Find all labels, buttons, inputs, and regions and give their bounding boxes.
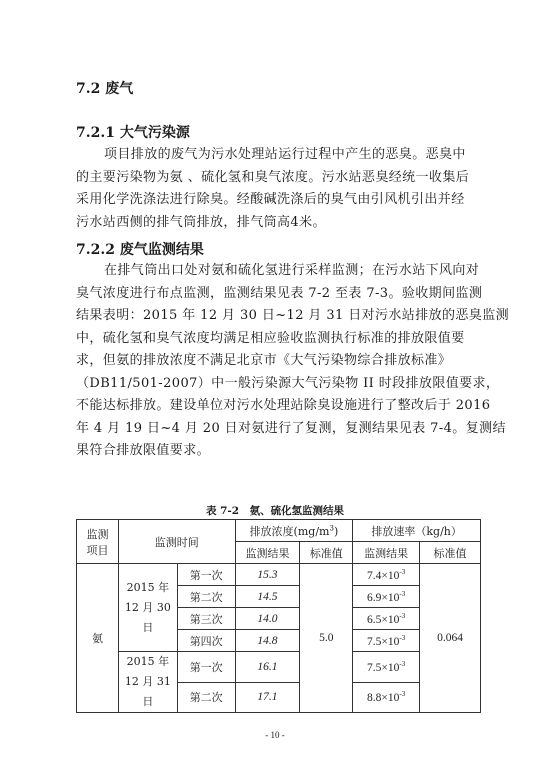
header-conc-result: 监测结果 <box>235 542 300 564</box>
sample-label: 第一次 <box>177 652 235 683</box>
conc-value: 16.1 <box>235 652 300 683</box>
rate-value: 6.5×10-3 <box>353 608 420 630</box>
monitoring-results-table: 监测项目 监测时间 排放浓度(mg/m3) 排放速率（kg/h） 监测结果 标准… <box>76 519 481 713</box>
text-line: 不能达标排放。建设单位对污水处理站除臭设施进行了整改后于 2016 <box>76 395 480 418</box>
rate-value: 6.9×10-3 <box>353 586 420 608</box>
sample-label: 第四次 <box>177 630 235 652</box>
date-cell: 2015 年 12 月 30 日 <box>118 564 177 652</box>
sample-label: 第二次 <box>177 682 235 713</box>
text-line: 的主要污染物为氨 、硫化氢和臭气浓度。污水站恶臭经统一收集后 <box>76 167 480 190</box>
subsection-heading-monitoring-results: 7.2.2 废气监测结果 <box>76 239 204 259</box>
text-line: 在排气筒出口处对氨和硫化氢进行采样监测；在污水站下风向对 <box>76 260 480 283</box>
text-line: 臭气浓度进行布点监测，监测结果见表 7-2 至表 7-3。验收期间监测 <box>76 283 480 306</box>
text-line: 结果表明：2015 年 12 月 30 日~12 月 31 日对污水站排放的恶臭… <box>76 305 480 328</box>
conc-value: 14.5 <box>235 586 300 608</box>
rate-value: 8.8×10-3 <box>353 682 420 713</box>
text-line: 求，但氨的排放浓度不满足北京市《大气污染物综合排放标准》 <box>76 350 480 373</box>
conc-value: 14.0 <box>235 608 300 630</box>
conc-value: 17.1 <box>235 682 300 713</box>
sample-label: 第二次 <box>177 586 235 608</box>
header-rate-standard: 标准值 <box>420 542 481 564</box>
text-line: （DB11/501-2007）中一般污染源大气污染物 II 时段排放限值要求， <box>76 373 480 396</box>
header-rate: 排放速率（kg/h） <box>353 520 481 542</box>
rate-value: 7.5×10-3 <box>353 630 420 652</box>
page-number: - 10 - <box>0 730 550 740</box>
header-concentration: 排放浓度(mg/m3) <box>235 520 353 542</box>
rate-value: 7.5×10-3 <box>353 652 420 683</box>
sample-label: 第一次 <box>177 564 235 586</box>
conc-value: 14.8 <box>235 630 300 652</box>
text-line: 项目排放的废气为污水处理站运行过程中产生的恶臭。恶臭中 <box>76 144 480 167</box>
subsection-heading-air-pollution-source: 7.2.1 大气污染源 <box>76 122 190 142</box>
rate-standard-value: 0.064 <box>420 564 481 713</box>
rate-value: 7.4×10-3 <box>353 564 420 586</box>
text-line: 年 4 月 19 日~4 月 20 日对氨进行了复测，复测结果见表 7-4。复测… <box>76 418 480 441</box>
pollutant-cell: 氨 <box>77 564 119 713</box>
header-item: 监测项目 <box>77 520 119 564</box>
header-rate-result: 监测结果 <box>353 542 420 564</box>
table-caption: 表 7-2 氨、硫化氢监测结果 <box>0 503 550 518</box>
text-line: 果符合排放限值要求。 <box>76 440 480 463</box>
conc-value: 15.3 <box>235 564 300 586</box>
header-conc-standard: 标准值 <box>300 542 353 564</box>
date-cell: 2015 年 12 月 31 日 <box>118 652 177 713</box>
paragraph-monitoring-results: 在排气筒出口处对氨和硫化氢进行采样监测；在污水站下风向对 臭气浓度进行布点监测，… <box>76 260 480 463</box>
table-row: 氨 2015 年 12 月 30 日 第一次 15.3 5.0 7.4×10-3… <box>77 564 481 586</box>
text-line: 中，硫化氢和臭气浓度均满足相应验收监测执行标准的排放限值要 <box>76 328 480 351</box>
text-line: 采用化学洗涤法进行除臭。经酸碱洗涤后的臭气由引风机引出并经 <box>76 189 480 212</box>
paragraph-air-pollution-source: 项目排放的废气为污水处理站运行过程中产生的恶臭。恶臭中 的主要污染物为氨 、硫化… <box>76 144 480 234</box>
section-heading: 7.2 废气 <box>76 78 133 98</box>
header-time: 监测时间 <box>118 520 235 564</box>
sample-label: 第三次 <box>177 608 235 630</box>
conc-standard-value: 5.0 <box>300 564 353 713</box>
text-line: 污水站西侧的排气筒排放，排气筒高4米。 <box>76 212 480 235</box>
